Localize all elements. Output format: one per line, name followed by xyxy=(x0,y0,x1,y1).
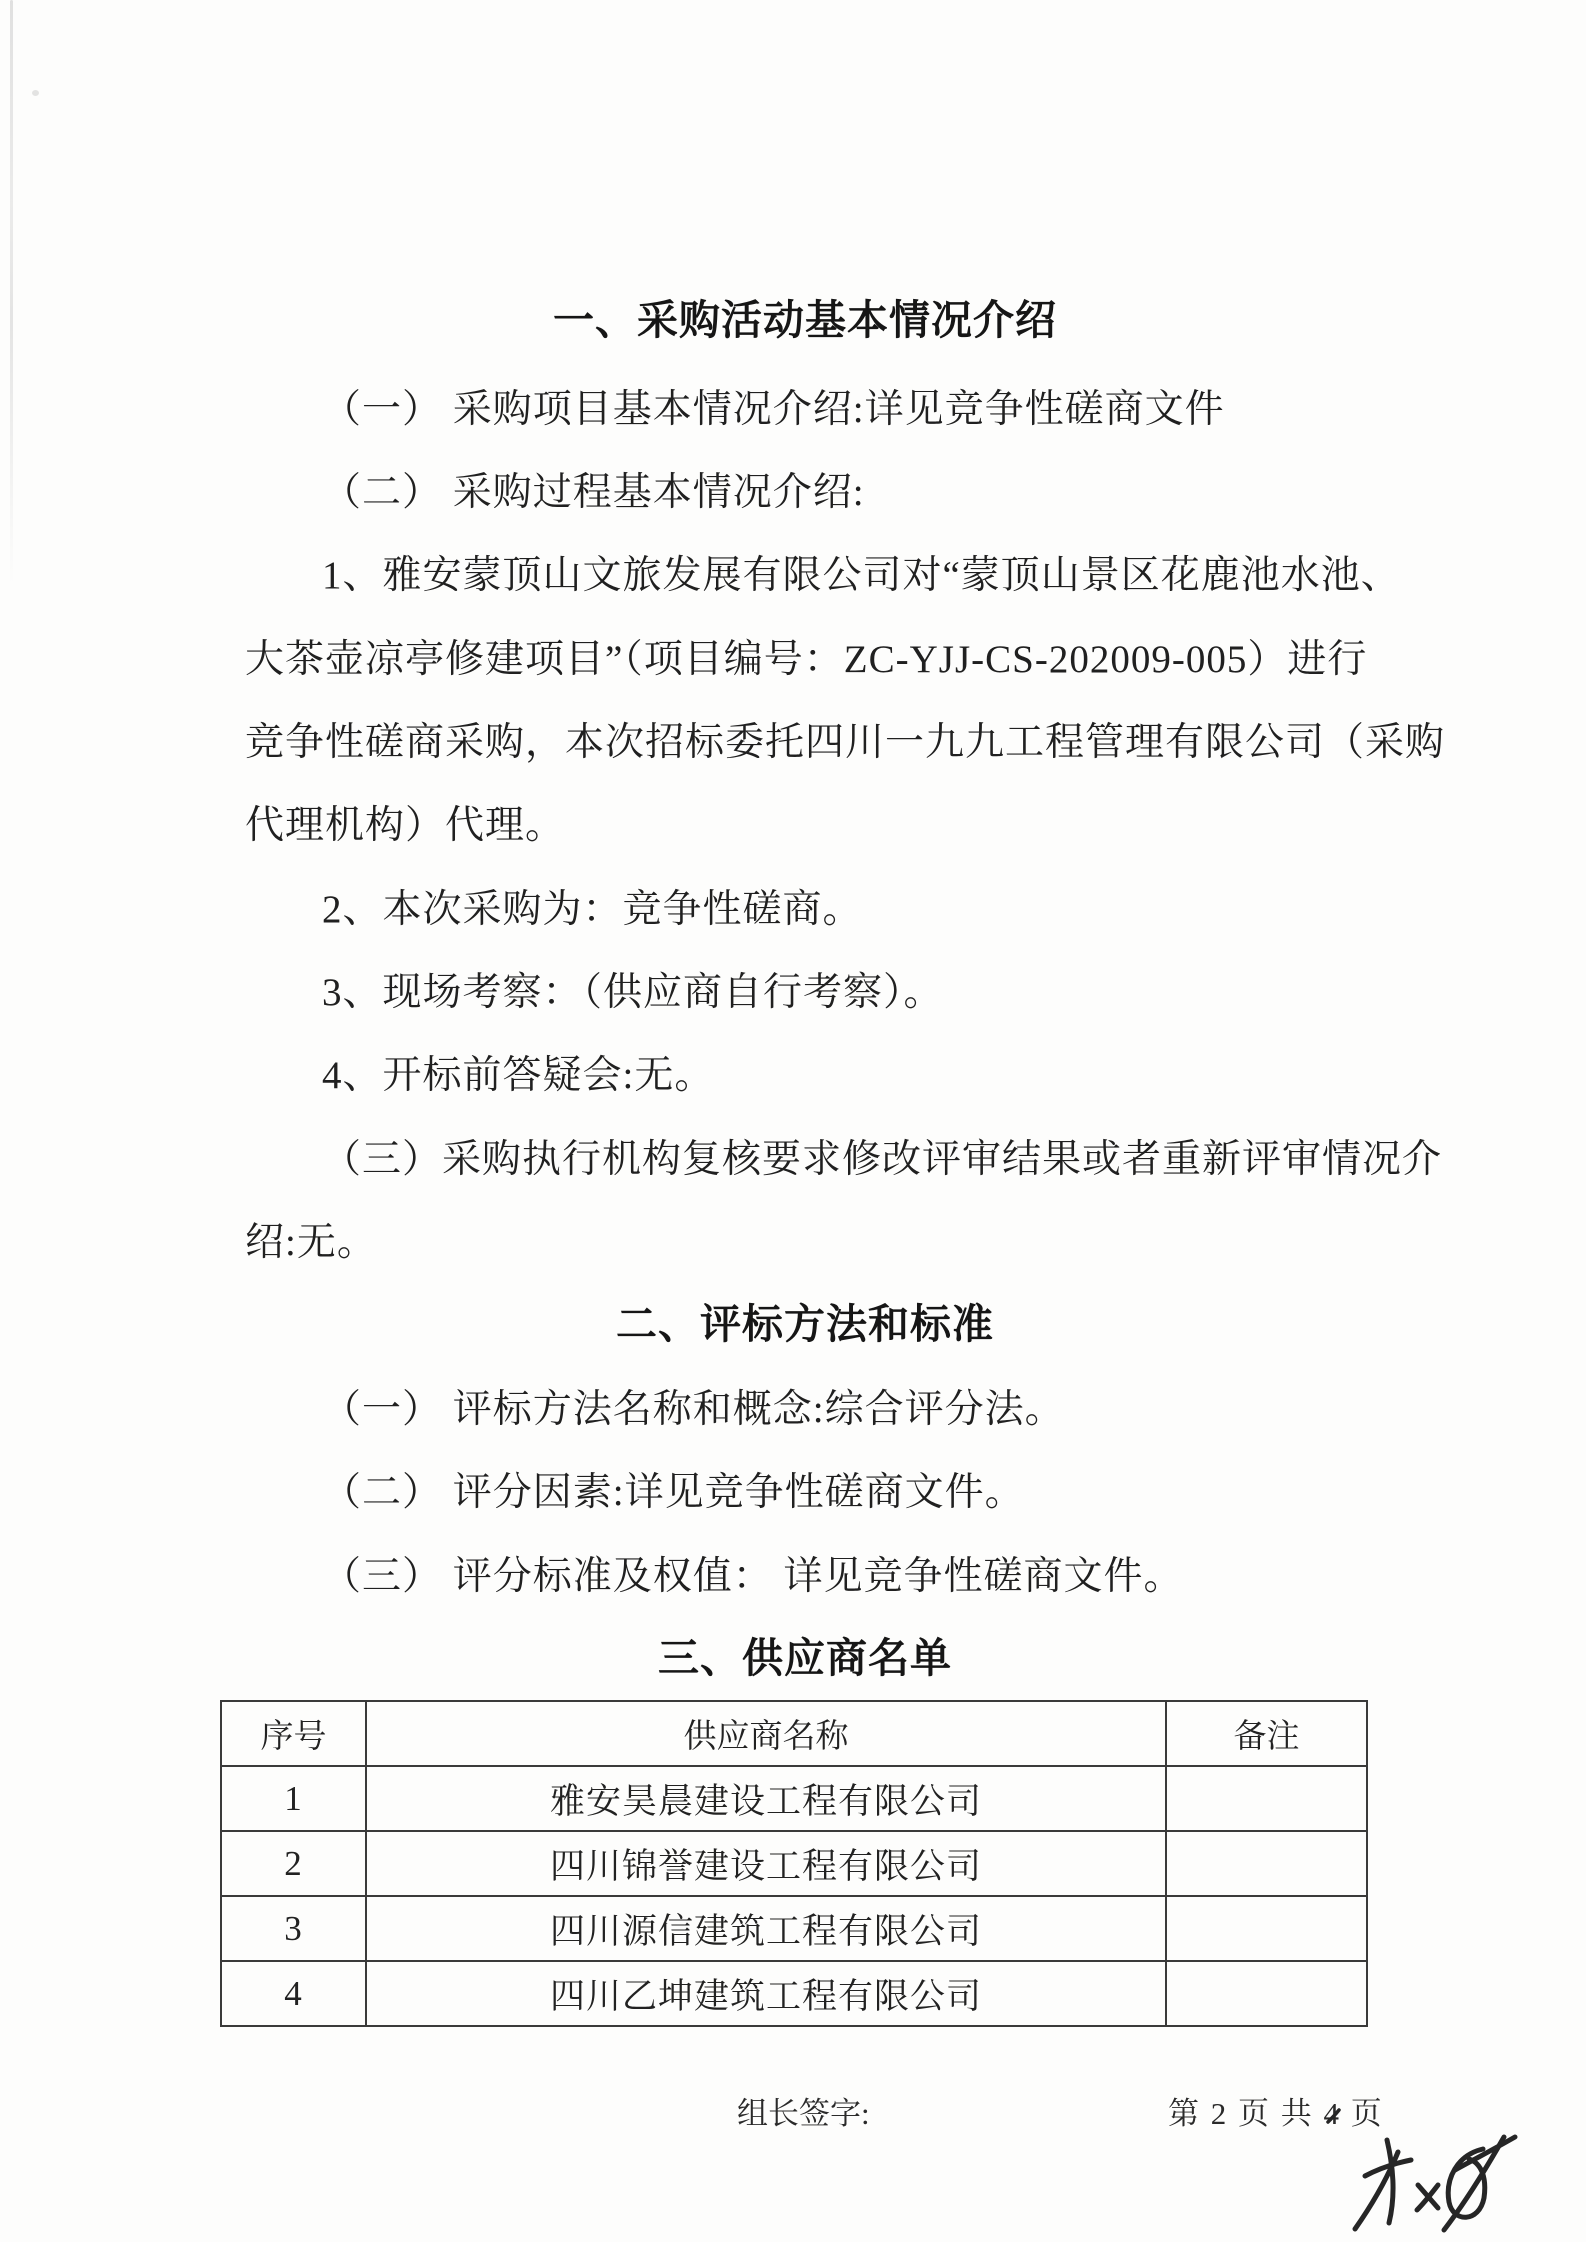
table-row: 1 雅安昊晨建设工程有限公司 xyxy=(221,1766,1367,1831)
paragraph-line: 2、本次采购为：竞争性磋商。 xyxy=(322,886,863,934)
cell-name: 四川源信建筑工程有限公司 xyxy=(366,1896,1166,1961)
paragraph-line: 3、现场考察：（供应商自行考察）。 xyxy=(322,969,944,1017)
paragraph-line: （一） 采购项目基本情况介绍:详见竞争性磋商文件 xyxy=(322,386,1225,434)
cell-no: 4 xyxy=(221,1961,366,2026)
section2-heading: 二、评标方法和标准 xyxy=(245,1300,1365,1348)
cell-no: 2 xyxy=(221,1831,366,1896)
paragraph-line: （二） 评分因素:详见竞争性磋商文件。 xyxy=(322,1469,1025,1517)
handwritten-signature xyxy=(1326,2106,1536,2238)
paragraph-line: （二） 采购过程基本情况介绍: xyxy=(322,469,865,517)
header-cell-no: 序号 xyxy=(221,1701,366,1766)
cell-no: 3 xyxy=(221,1896,366,1961)
paragraph-line: （三）采购执行机构复核要求修改评审结果或者重新评审情况介 xyxy=(322,1136,1442,1184)
cell-no: 1 xyxy=(221,1766,366,1831)
section3-heading: 三、供应商名单 xyxy=(245,1634,1365,1682)
group-leader-signature-label: 组长签字: xyxy=(737,2096,870,2132)
cell-name: 四川锦誉建设工程有限公司 xyxy=(366,1831,1166,1896)
section1-heading: 一、采购活动基本情况介绍 xyxy=(245,296,1365,344)
paragraph-line: （三） 评分标准及权值： 详见竞争性磋商文件。 xyxy=(322,1553,1184,1601)
cell-name: 四川乙坤建筑工程有限公司 xyxy=(366,1961,1166,2026)
paragraph-line: 1、雅安蒙顶山文旅发展有限公司对“蒙顶山景区花鹿池水池、 xyxy=(322,552,1401,600)
header-cell-name: 供应商名称 xyxy=(366,1701,1166,1766)
cell-name: 雅安昊晨建设工程有限公司 xyxy=(366,1766,1166,1831)
header-cell-note: 备注 xyxy=(1166,1701,1367,1766)
paragraph-line: 绍:无。 xyxy=(245,1219,377,1267)
paragraph-line: 4、开标前答疑会:无。 xyxy=(322,1052,714,1100)
scan-artifact-speck xyxy=(32,90,39,96)
cell-note xyxy=(1166,1766,1367,1831)
document-page: 一、采购活动基本情况介绍 （一） 采购项目基本情况介绍:详见竞争性磋商文件 （二… xyxy=(0,0,1586,2242)
table-row: 2 四川锦誉建设工程有限公司 xyxy=(221,1831,1367,1896)
supplier-table: 序号 供应商名称 备注 1 雅安昊晨建设工程有限公司 2 四川锦誉建设工程有限公… xyxy=(220,1700,1368,2027)
table-row: 4 四川乙坤建筑工程有限公司 xyxy=(221,1961,1367,2026)
table-header-row: 序号 供应商名称 备注 xyxy=(221,1701,1367,1766)
paragraph-line: 代理机构）代理。 xyxy=(245,802,565,850)
scan-artifact-line xyxy=(10,0,13,585)
table-row: 3 四川源信建筑工程有限公司 xyxy=(221,1896,1367,1961)
cell-note xyxy=(1166,1896,1367,1961)
paragraph-line: 竞争性磋商采购，本次招标委托四川一九九工程管理有限公司（采购 xyxy=(245,719,1445,767)
paragraph-line: （一） 评标方法名称和概念:综合评分法。 xyxy=(322,1386,1065,1434)
cell-note xyxy=(1166,1831,1367,1896)
paragraph-line: 大茶壶凉亭修建项目”（项目编号：ZC-YJJ-CS-202009-005）进行 xyxy=(245,636,1367,684)
cell-note xyxy=(1166,1961,1367,2026)
